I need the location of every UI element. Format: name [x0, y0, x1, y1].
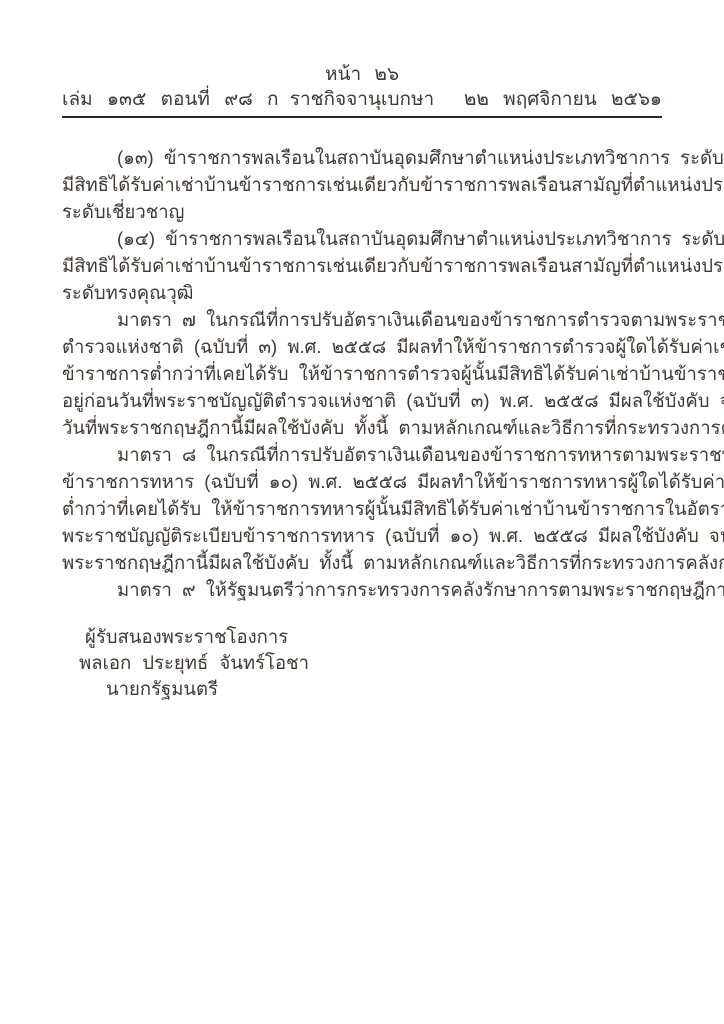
paragraph: มาตรา ๗ ในกรณีที่การปรับอัตราเงินเดือนขอ… — [62, 306, 662, 441]
signature-block: ผู้รับสนองพระราชโองการ พลเอก ประยุทธ์ จั… — [62, 624, 662, 702]
paragraph-line: (๑๓) ข้าราชการพลเรือนในสถาบันอุดมศึกษาตำ… — [62, 144, 662, 171]
paragraph-line: มีสิทธิได้รับค่าเช่าบ้านข้าราชการเช่นเดี… — [62, 171, 662, 198]
paragraph-line: มีสิทธิได้รับค่าเช่าบ้านข้าราชการเช่นเดี… — [62, 252, 662, 279]
paragraph-line: มาตรา ๗ ในกรณีที่การปรับอัตราเงินเดือนขอ… — [62, 306, 662, 333]
publication-date: ๒๒ พฤศจิกายน ๒๕๖๑ — [464, 87, 662, 112]
paragraph: มาตรา ๘ ในกรณีที่การปรับอัตราเงินเดือนขอ… — [62, 441, 662, 576]
paragraph-line: (๑๔) ข้าราชการพลเรือนในสถาบันอุดมศึกษาตำ… — [62, 225, 662, 252]
paragraph-line: ข้าราชการทหาร (ฉบับที่ ๑๐) พ.ศ. ๒๕๕๘ มีผ… — [62, 468, 662, 495]
paragraph-line: มาตรา ๙ ให้รัฐมนตรีว่าการกระทรวงการคลังร… — [62, 576, 662, 603]
signer-title: นายกรัฐมนตรี — [62, 676, 662, 702]
page-number-label: หน้า ๒๖ — [0, 62, 724, 87]
paragraph-line: พระราชบัญญัติระเบียบข้าราชการทหาร (ฉบับท… — [62, 522, 662, 549]
paragraph-line: มาตรา ๘ ในกรณีที่การปรับอัตราเงินเดือนขอ… — [62, 441, 662, 468]
paragraph: มาตรา ๙ ให้รัฐมนตรีว่าการกระทรวงการคลังร… — [62, 576, 662, 603]
gazette-page: หน้า ๒๖ เล่ม ๑๓๕ ตอนที่ ๙๘ ก ราชกิจจานุเ… — [0, 0, 724, 1024]
countersignature-label: ผู้รับสนองพระราชโองการ — [62, 624, 662, 650]
volume-issue-label: เล่ม ๑๓๕ ตอนที่ ๙๘ ก — [62, 87, 279, 112]
paragraph-line: ข้าราชการต่ำกว่าที่เคยได้รับ ให้ข้าราชกา… — [62, 360, 662, 387]
paragraph: (๑๓) ข้าราชการพลเรือนในสถาบันอุดมศึกษาตำ… — [62, 144, 662, 225]
header-divider — [62, 116, 662, 118]
paragraph-line: วันที่พระราชกฤษฎีกานี้มีผลใช้บังคับ ทั้ง… — [62, 414, 662, 441]
paragraph: (๑๔) ข้าราชการพลเรือนในสถาบันอุดมศึกษาตำ… — [62, 225, 662, 306]
paragraph-line: ตำรวจแห่งชาติ (ฉบับที่ ๓) พ.ศ. ๒๕๕๘ มีผล… — [62, 333, 662, 360]
paragraph-line: ระดับเชี่ยวชาญ — [62, 198, 662, 225]
page-header: หน้า ๒๖ เล่ม ๑๓๕ ตอนที่ ๙๘ ก ราชกิจจานุเ… — [0, 0, 724, 118]
paragraph-line: ต่ำกว่าที่เคยได้รับ ให้ข้าราชการทหารผู้น… — [62, 495, 662, 522]
signer-name: พลเอก ประยุทธ์ จันทร์โอชา — [62, 650, 662, 676]
document-body: (๑๓) ข้าราชการพลเรือนในสถาบันอุดมศึกษาตำ… — [62, 144, 662, 603]
header-row: เล่ม ๑๓๕ ตอนที่ ๙๘ ก ราชกิจจานุเบกษา ๒๒ … — [62, 87, 662, 112]
paragraph-line: พระราชกฤษฎีกานี้มีผลใช้บังคับ ทั้งนี้ ตา… — [62, 549, 662, 576]
paragraph-line: อยู่ก่อนวันที่พระราชบัญญัติตำรวจแห่งชาติ… — [62, 387, 662, 414]
paragraph-line: ระดับทรงคุณวุฒิ — [62, 279, 662, 306]
